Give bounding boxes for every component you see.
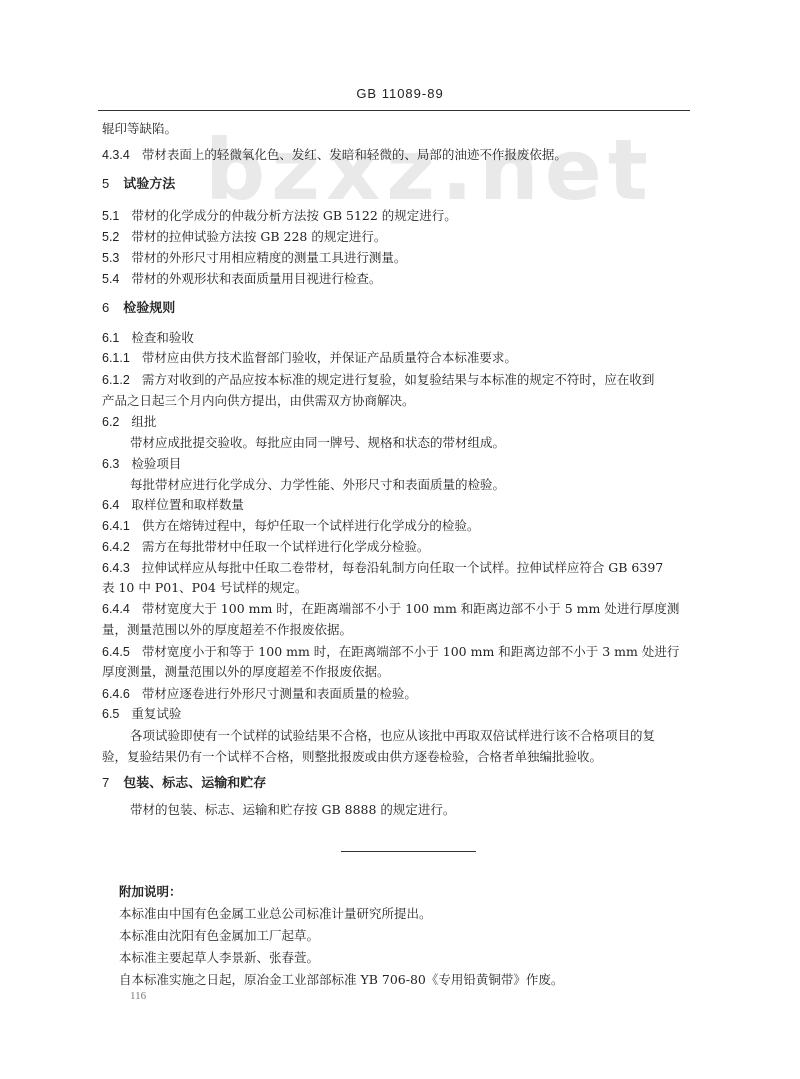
clause-text: 表 10 中 P01、P04 号试样的规定。 [102, 580, 307, 596]
clause-number: 5.4 [102, 271, 119, 287]
clause: 6.3检验项目 [102, 456, 181, 472]
section-heading: 5试验方法 [102, 176, 175, 193]
clause-text: 带材应成批提交验收。每批应由同一牌号、规格和状态的带材组成。 [130, 435, 505, 450]
clause: 6.4.3拉伸试样应从每批中任取二卷带材，每卷沿轧制方向任取一个试样。拉伸试样应… [102, 560, 663, 576]
clause-text: 拉伸试样应从每批中任取二卷带材，每卷沿轧制方向任取一个试样。拉伸试样应符合 GB… [142, 560, 663, 575]
clause: 4.3.4带材表面上的轻微氧化色、发红、发暗和轻微的、局部的油迹不作报废依据。 [102, 147, 567, 163]
clause: 6.1.2需方对收到的产品应按本标准的规定进行复验，如复验结果与本标准的规定不符… [102, 372, 654, 388]
clause: 6.5重复试验 [102, 706, 181, 722]
notes-title: 附加说明： [119, 884, 182, 900]
clause: 6.1检查和验收 [102, 330, 194, 346]
clause-text: 辊印等缺陷。 [102, 121, 177, 136]
clause-text: 供方在熔铸过程中，每炉任取一个试样进行化学成分的检验。 [142, 518, 480, 533]
clause-text: 表 10 中 P01、P04 号试样的规定。 [102, 580, 307, 595]
clause-text: 带材的包装、标志、运输和贮存按 GB 8888 的规定进行。 [130, 802, 455, 817]
section-heading: 7包装、标志、运输和贮存 [102, 775, 266, 792]
clause-text: 带材的化学成分的仲裁分析方法按 GB 5122 的规定进行。 [131, 208, 456, 223]
clause-number: 5 [102, 176, 109, 192]
clause-text: 检验规则 [123, 301, 175, 316]
clause-text: 取样位置和取样数量 [131, 497, 244, 512]
clause-text: 需方对收到的产品应按本标准的规定进行复验，如复验结果与本标准的规定不符时，应在收… [142, 372, 655, 387]
note-line: 自本标准实施之日起，原冶金工业部部标准 YB 706-80《专用铅黄铜带》作废。 [119, 972, 563, 988]
clause-text: 带材的包装、标志、运输和贮存按 GB 8888 的规定进行。 [130, 802, 455, 818]
clause-text: 检验项目 [131, 456, 181, 471]
clause-number: 6.5 [102, 706, 119, 722]
clause-number: 6 [102, 300, 109, 316]
clause-number: 6.4.2 [102, 539, 130, 555]
header-divider [98, 110, 690, 111]
page-number: 116 [130, 990, 146, 1002]
clause: 5.2带材的拉伸试验方法按 GB 228 的规定进行。 [102, 229, 386, 245]
clause-text: 每批带材应进行化学成分、力学性能、外形尺寸和表面质量的检验。 [130, 477, 505, 493]
clause-text: 重复试验 [131, 706, 181, 721]
section-heading: 6检验规则 [102, 300, 175, 317]
clause-number: 6.2 [102, 414, 119, 430]
clause: 6.4.6带材应逐卷进行外形尺寸测量和表面质量的检验。 [102, 686, 417, 702]
clause-text: 带材应成批提交验收。每批应由同一牌号、规格和状态的带材组成。 [130, 435, 505, 451]
clause-number: 5.3 [102, 250, 119, 266]
clause-number: 6.4.4 [102, 601, 130, 617]
clause-text: 带材的外形尺寸用相应精度的测量工具进行测量。 [131, 250, 406, 265]
clause-text: 带材宽度小于和等于 100 mm 时，在距离端部不小于 100 mm 和距离边部… [142, 644, 680, 659]
clause-text: 量，测量范围以外的厚度超差不作报废依据。 [102, 622, 352, 638]
clause: 5.3带材的外形尺寸用相应精度的测量工具进行测量。 [102, 250, 406, 266]
clause-text: 产品之日起三个月内向供方提出，由供需双方协商解决。 [102, 393, 415, 409]
clause-number: 6.4 [102, 497, 119, 513]
clause-text: 需方在每批带材中任取一个试样进行化学成分检验。 [142, 539, 430, 554]
watermark: bzxz.net [205, 128, 654, 212]
clause: 5.1带材的化学成分的仲裁分析方法按 GB 5122 的规定进行。 [102, 208, 457, 224]
clause-text: 带材的外观形状和表面质量用目视进行检查。 [131, 271, 381, 286]
clause-number: 5.1 [102, 208, 119, 224]
clause-text: 各项试验即使有一个试样的试验结果不合格，也应从该批中再取双倍试样进行该不合格项目… [130, 728, 655, 743]
note-line: 本标准由沈阳有色金属加工厂起草。 [119, 928, 319, 944]
clause-number: 6.1 [102, 330, 119, 346]
clause: 6.4.4带材宽度大于 100 mm 时，在距离端部不小于 100 mm 和距离… [102, 601, 679, 617]
clause-text: 验，复验结果仍有一个试样不合格，则整批报废或由供方逐卷检验，合格者单独编批验收。 [102, 749, 602, 765]
note-line: 本标准主要起草人李景新、张春萱。 [119, 950, 319, 966]
clause-text: 带材应由供方技术监督部门验收，并保证产品质量符合本标准要求。 [142, 350, 517, 365]
clause: 6.2组批 [102, 414, 156, 430]
clause-number: 6.3 [102, 456, 119, 472]
clause-text: 带材宽度大于 100 mm 时，在距离端部不小于 100 mm 和距离边部不小于… [142, 601, 680, 616]
clause-text: 辊印等缺陷。 [102, 121, 177, 137]
clause-text: 各项试验即使有一个试样的试验结果不合格，也应从该批中再取双倍试样进行该不合格项目… [130, 728, 655, 744]
clause-text: 带材表面上的轻微氧化色、发红、发暗和轻微的、局部的油迹不作报废依据。 [142, 147, 567, 162]
clause-text: 带材应逐卷进行外形尺寸测量和表面质量的检验。 [142, 686, 417, 701]
clause-text: 验，复验结果仍有一个试样不合格，则整批报废或由供方逐卷检验，合格者单独编批验收。 [102, 749, 602, 764]
clause: 6.4取样位置和取样数量 [102, 497, 244, 513]
end-of-standard-rule [341, 851, 476, 852]
clause-text: 带材的拉伸试验方法按 GB 228 的规定进行。 [131, 229, 386, 244]
clause-number: 4.3.4 [102, 147, 130, 163]
clause-text: 组批 [131, 414, 156, 429]
clause-number: 6.1.1 [102, 350, 130, 366]
page-header-standard-code: GB 11089-89 [0, 86, 800, 101]
clause-text: 试验方法 [123, 177, 175, 192]
clause-text: 厚度测量，测量范围以外的厚度超差不作报废依据。 [102, 664, 390, 680]
clause-text: 厚度测量，测量范围以外的厚度超差不作报废依据。 [102, 664, 390, 679]
clause-number: 6.4.5 [102, 644, 130, 660]
clause: 6.4.5带材宽度小于和等于 100 mm 时，在距离端部不小于 100 mm … [102, 644, 679, 660]
clause: 6.4.2需方在每批带材中任取一个试样进行化学成分检验。 [102, 539, 429, 555]
clause-number: 6.4.3 [102, 560, 130, 576]
note-line: 本标准由中国有色金属工业总公司标准计量研究所提出。 [119, 906, 432, 922]
clause: 6.1.1带材应由供方技术监督部门验收，并保证产品质量符合本标准要求。 [102, 350, 517, 366]
clause-number: 6.4.6 [102, 686, 130, 702]
clause-text: 包装、标志、运输和贮存 [123, 776, 266, 791]
clause-text: 检查和验收 [131, 330, 194, 345]
clause-text: 产品之日起三个月内向供方提出，由供需双方协商解决。 [102, 393, 415, 408]
clause-text: 每批带材应进行化学成分、力学性能、外形尺寸和表面质量的检验。 [130, 477, 505, 492]
clause-number: 6.1.2 [102, 372, 130, 388]
clause: 6.4.1供方在熔铸过程中，每炉任取一个试样进行化学成分的检验。 [102, 518, 479, 534]
clause-number: 6.4.1 [102, 518, 130, 534]
clause: 5.4带材的外观形状和表面质量用目视进行检查。 [102, 271, 381, 287]
clause-number: 5.2 [102, 229, 119, 245]
clause-number: 7 [102, 775, 109, 791]
clause-text: 量，测量范围以外的厚度超差不作报废依据。 [102, 622, 352, 637]
